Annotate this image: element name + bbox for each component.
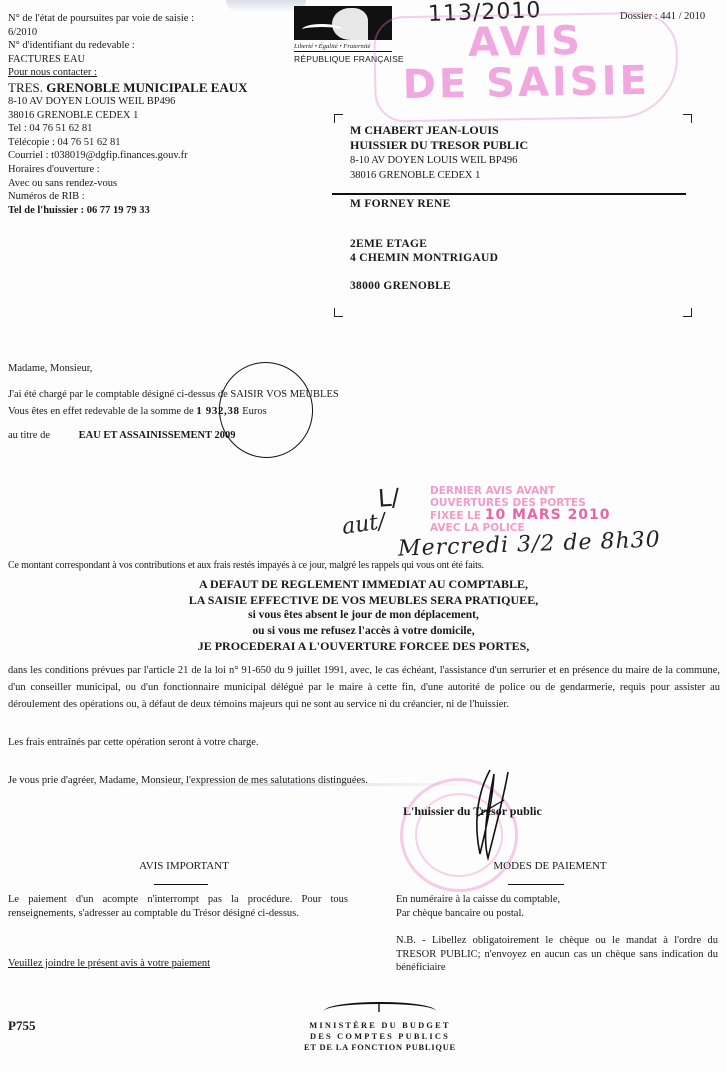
handdrawn-circle-annotation: [210, 353, 322, 466]
avis-join-note: Veuillez joindre le présent avis à votre…: [8, 958, 210, 969]
etat-label: N° de l'état de poursuites par voie de s…: [8, 12, 288, 26]
title-statement: au titre de EAU ET ASSAINISSEMENT 2009: [8, 430, 236, 441]
greeting: Madame, Monsieur,: [8, 363, 92, 374]
police-stamp-line-1: DERNIER AVIS AVANT: [430, 485, 611, 497]
police-stamp: DERNIER AVIS AVANT OUVERTURES DES PORTES…: [430, 485, 611, 534]
rib-label: Numéros de RIB :: [8, 190, 288, 204]
conditions-paragraph: dans les conditions prévues par l'articl…: [8, 662, 720, 713]
window-corner-mark: [683, 308, 692, 317]
ministry-logo: MINISTÈRE DU BUDGET DES COMPTES PUBLICS …: [280, 1002, 480, 1053]
handwritten-note-aut: aut/: [340, 509, 387, 540]
montant-statement: Ce montant correspondant à vos contribut…: [8, 560, 484, 571]
warning-line: si vous êtes absent le jour de mon dépla…: [0, 608, 727, 624]
etat-value: 6/2010: [8, 26, 288, 40]
payment-mode-cash: En numéraire à la caisse du comptable,: [396, 893, 560, 907]
window-corner-mark: [334, 308, 343, 317]
recipient-line-3: 38000 GRENOBLE: [350, 279, 498, 293]
payment-nb: N.B. - Libellez obligatoirement le chèqu…: [396, 934, 718, 975]
title-value: EAU ET ASSAINISSEMENT 2009: [79, 430, 236, 441]
amount-prefix: Vous êtes en effet redevable de la somme…: [8, 406, 194, 417]
hours-label: Horaires d'ouverture :: [8, 163, 288, 177]
sender-line-2: 38016 GRENOBLE CEDEX 1: [350, 168, 528, 183]
org-address-2: 38016 GRENOBLE CEDEX 1: [8, 109, 288, 123]
warning-line: JE PROCEDERAI A L'OUVERTURE FORCEE DES P…: [0, 639, 727, 655]
recipient-line-1: 2EME ETAGE: [350, 237, 498, 251]
warning-line: ou si vous me refusez l'accès à votre do…: [0, 624, 727, 640]
handwritten-note-l: L/: [377, 483, 400, 512]
creditor-info-block: N° de l'état de poursuites par voie de s…: [8, 12, 288, 217]
form-code: P755: [8, 1018, 35, 1034]
divider: [508, 884, 564, 885]
org-fax: Télécopie : 04 76 51 62 81: [8, 136, 288, 150]
salutation: Je vous prie d'agréer, Madame, Monsieur,…: [8, 775, 368, 786]
hours-value: Avec ou sans rendez-vous: [8, 177, 288, 191]
modes-paiement-title: MODES DE PAIEMENT: [440, 860, 660, 872]
ministry-arc-icon: [324, 1002, 436, 1020]
sender-line-1: 8-10 AV DOYEN LOUIS WEIL BP496: [350, 153, 528, 168]
stamp-line-2: DE SAISIE: [376, 59, 677, 106]
police-stamp-date: 10 MARS 2010: [485, 507, 611, 523]
recipient-name: M FORNEY RENE: [350, 197, 498, 211]
sender-address: M CHABERT JEAN-LOUIS HUISSIER DU TRESOR …: [350, 123, 528, 183]
divider: [154, 884, 208, 885]
avis-important-text: Le paiement d'un acompte n'interrompt pa…: [8, 893, 348, 920]
frais-paragraph: Les frais entraînés par cette opération …: [8, 737, 259, 748]
warning-block: A DEFAUT DE REGLEMENT IMMEDIAT AU COMPTA…: [0, 577, 727, 655]
sender-name: M CHABERT JEAN-LOUIS: [350, 123, 528, 138]
org-name: GRENOBLE MUNICIPALE EAUX: [46, 80, 247, 95]
ministry-line: MINISTÈRE DU BUDGET: [280, 1020, 480, 1031]
sender-title: HUISSIER DU TRESOR PUBLIC: [350, 138, 528, 153]
huissier-tel: Tel de l'huissier : 06 77 19 79 33: [8, 204, 288, 218]
org-address-1: 8-10 AV DOYEN LOUIS WEIL BP496: [8, 95, 288, 109]
org-prefix: TRES.: [8, 80, 43, 95]
identifiant-label: N° d'identifiant du redevable :: [8, 39, 288, 53]
title-label: au titre de: [8, 430, 76, 441]
police-stamp-line-3: FIXEE LE 10 MARS 2010: [430, 509, 611, 522]
org-name-line: TRES. GRENOBLE MUNICIPALE EAUX: [8, 80, 288, 95]
ministry-line: ET DE LA FONCTION PUBLIQUE: [280, 1042, 480, 1053]
org-tel: Tel : 04 76 51 62 81: [8, 122, 288, 136]
recipient-address: M FORNEY RENE 2EME ETAGE 4 CHEMIN MONTRI…: [350, 197, 498, 293]
signature-icon: [470, 766, 510, 862]
contact-label: Pour nous contacter :: [8, 66, 288, 80]
divider: [332, 193, 686, 195]
window-corner-mark: [683, 114, 692, 123]
identifiant-value: FACTURES EAU: [8, 53, 288, 67]
window-corner-mark: [334, 114, 343, 123]
warning-line: LA SAISIE EFFECTIVE DE VOS MEUBLES SERA …: [0, 593, 727, 609]
recipient-line-2: 4 CHEMIN MONTRIGAUD: [350, 251, 498, 265]
warning-line: A DEFAUT DE REGLEMENT IMMEDIAT AU COMPTA…: [0, 577, 727, 593]
org-email: Courriel : t038019@dgfip.finances.gouv.f…: [8, 149, 288, 163]
payment-mode-cheque: Par chèque bancaire ou postal.: [396, 907, 524, 921]
police-stamp-prefix: FIXEE LE: [430, 510, 481, 522]
ministry-line: DES COMPTES PUBLICS: [280, 1031, 480, 1042]
avis-important-title: AVIS IMPORTANT: [8, 860, 360, 872]
avis-de-saisie-stamp: AVIS DE SAISIE: [373, 11, 679, 122]
